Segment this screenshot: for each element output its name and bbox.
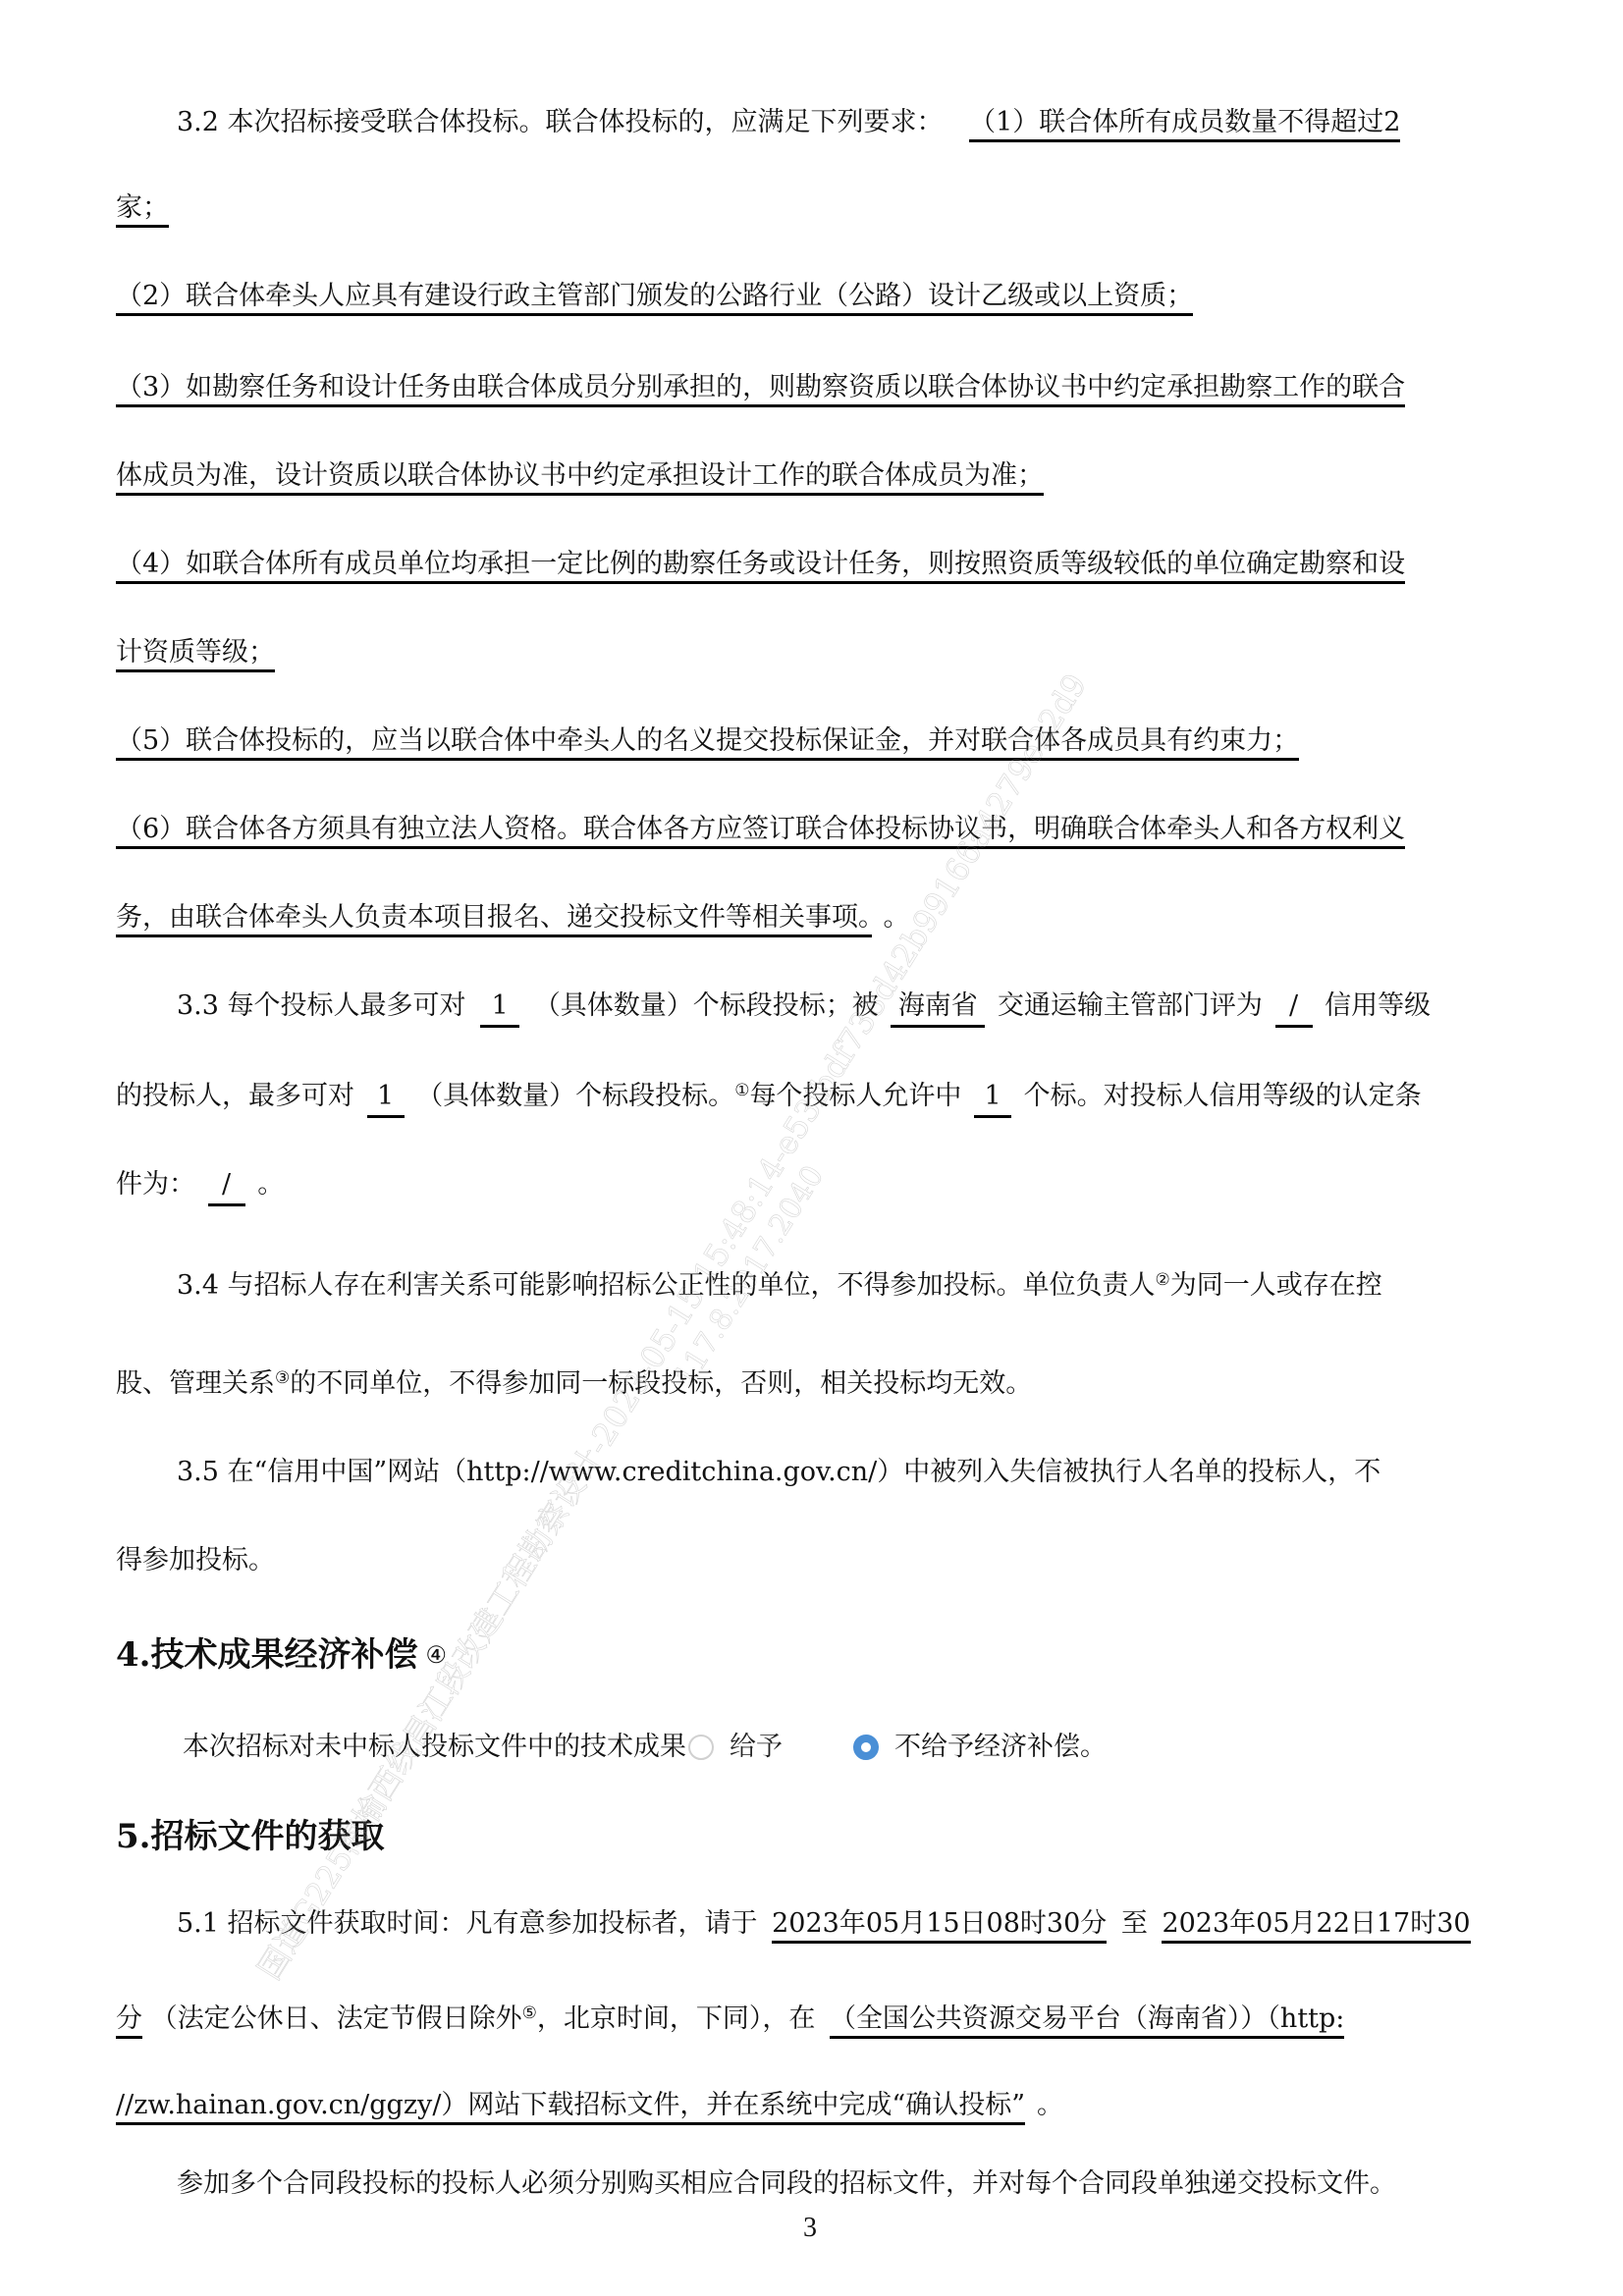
text: 得参加投标。 bbox=[116, 1545, 275, 1575]
section-3-2-intro: 3.2 本次招标接受联合体投标。联合体投标的，应满足下列要求： bbox=[177, 107, 944, 137]
section-5-paragraph-2: 参加多个合同段投标的投标人必须分别购买相应合同段的招标文件，并对每个合同段单独递… bbox=[177, 2167, 1396, 2201]
max-sections-credit-field: 1 bbox=[367, 1080, 405, 1118]
section-5-1-line-2: 分 （法定公休日、法定节假日除外⑤，北京时间，下同），在 （全国公共资源交易平台… bbox=[116, 2002, 1344, 2036]
max-sections-field: 1 bbox=[480, 989, 519, 1028]
section-5-1-line-3: //zw.hainan.gov.cn/ggzy/）网站下载招标文件，并在系统中完… bbox=[116, 2089, 1063, 2122]
end-time-field: 2023年05月22日17时30 bbox=[1162, 1908, 1470, 1944]
footnote-ref-1[interactable]: ① bbox=[734, 1081, 749, 1100]
requirement-1: （1）联合体所有成员数量不得超过2 bbox=[969, 107, 1400, 142]
section-5-1-line-1: 5.1 招标文件获取时间：凡有意参加投标者，请于 2023年05月15日08时3… bbox=[177, 1907, 1471, 1941]
requirement-4: （4）如联合体所有成员单位均承担一定比例的勘察任务或设计任务，则按照资质等级较低… bbox=[116, 549, 1405, 584]
requirement-5: （5）联合体投标的，应当以联合体中牵头人的名义提交投标保证金，并对联合体各成员具… bbox=[116, 725, 1299, 761]
section-3-5-line-2: 得参加投标。 bbox=[116, 1544, 275, 1577]
requirement-4-cont: 计资质等级； bbox=[116, 637, 275, 672]
page-number: 3 bbox=[803, 2213, 817, 2244]
text: 。 bbox=[257, 1169, 284, 1200]
text: 的投标人，最多可对 bbox=[116, 1081, 354, 1111]
text: 件为： bbox=[116, 1169, 195, 1200]
section-3-4-line-1: 3.4 与招标人存在利害关系可能影响招标公正性的单位，不得参加投标。单位负责人②… bbox=[177, 1269, 1382, 1303]
province-field: 海南省 bbox=[891, 989, 985, 1028]
requirement-6: （6）联合体各方须具有独立法人资格。联合体各方应签订联合体投标协议书，明确联合体… bbox=[116, 814, 1405, 849]
text: 3.3 每个投标人最多可对 bbox=[177, 990, 466, 1021]
text: 参加多个合同段投标的投标人必须分别购买相应合同段的招标文件，并对每个合同段单独递… bbox=[177, 2168, 1396, 2199]
credit-criteria-field: / bbox=[208, 1168, 245, 1206]
text: ，北京时间，下同），在 bbox=[537, 2003, 816, 2034]
text: （具体数量）个标段投标。 bbox=[416, 1081, 734, 1111]
text: 至 bbox=[1121, 1908, 1148, 1939]
section-3-3-line-3: 件为： / 。 bbox=[116, 1168, 284, 1206]
start-time-field: 2023年05月15日08时30分 bbox=[772, 1908, 1107, 1944]
end-time-field-cont: 分 bbox=[116, 2003, 142, 2039]
radio-give-label[interactable]: 给予 bbox=[730, 1731, 783, 1764]
section-3-2-line-9: （6）联合体各方须具有独立法人资格。联合体各方应签订联合体投标协议书，明确联合体… bbox=[116, 813, 1405, 846]
section-3-2-line-10: 务，由联合体牵头人负责本项目报名、递交投标文件等相关事项。。 bbox=[116, 901, 910, 934]
section-3-2-line-2: 家； bbox=[116, 191, 169, 225]
heading-text: 4.技术成果经济补偿 bbox=[116, 1635, 418, 1675]
section-3-5-line-1: 3.5 在“信用中国”网站（http://www.creditchina.gov… bbox=[177, 1456, 1380, 1489]
section-3-3-line-1: 3.3 每个投标人最多可对 1 （具体数量）个标段投标；被 海南省 交通运输主管… bbox=[177, 989, 1431, 1028]
radio-no-compensation[interactable] bbox=[853, 1735, 879, 1760]
section-3-2-line-1: 3.2 本次招标接受联合体投标。联合体投标的，应满足下列要求： （1）联合体所有… bbox=[177, 106, 1400, 139]
footnote-ref-5[interactable]: ⑤ bbox=[522, 2003, 537, 2023]
section-3-4-line-2: 股、管理关系③的不同单位，不得参加同一标段投标，否则，相关投标均无效。 bbox=[116, 1367, 1032, 1401]
section-3-2-line-4: （3）如勘察任务和设计任务由联合体成员分别承担的，则勘察资质以联合体协议书中约定… bbox=[116, 371, 1405, 404]
radio-no-compensation-label[interactable]: 不给予经济补偿。 bbox=[894, 1731, 1107, 1764]
requirement-2: （2）联合体牵头人应具有建设行政主管部门颁发的公路行业（公路）设计乙级或以上资质… bbox=[116, 281, 1193, 316]
period: 。 bbox=[1037, 2090, 1063, 2120]
footnote-ref-2[interactable]: ② bbox=[1156, 1270, 1170, 1290]
section-3-3-line-2: 的投标人，最多可对 1 （具体数量）个标段投标。①每个投标人允许中 1 个标。对… bbox=[116, 1080, 1422, 1118]
footnote-ref-3[interactable]: ③ bbox=[275, 1368, 290, 1388]
text: 信用等级 bbox=[1325, 990, 1431, 1021]
section-3-2-line-7: 计资质等级； bbox=[116, 636, 275, 669]
platform-field-cont: //zw.hainan.gov.cn/ggzy/）网站下载招标文件，并在系统中完… bbox=[116, 2090, 1025, 2125]
text: （具体数量）个标段投标；被 bbox=[534, 990, 879, 1021]
text: 3.5 在“信用中国”网站（http://www.creditchina.gov… bbox=[177, 1457, 1380, 1487]
section-3-2-line-5: 体成员为准，设计资质以联合体协议书中约定承担设计工作的联合体成员为准； bbox=[116, 459, 1044, 493]
watermark-line-1: 国道G225海榆西线昌江段改建工程勘察设计-2023-05-15 15:48:1… bbox=[245, 665, 1096, 1988]
radio-give-compensation[interactable] bbox=[688, 1735, 714, 1760]
section-4-heading: 4.技术成果经济补偿④ bbox=[116, 1634, 447, 1676]
requirement-3: （3）如勘察任务和设计任务由联合体成员分别承担的，则勘察资质以联合体协议书中约定… bbox=[116, 372, 1405, 407]
platform-field: （全国公共资源交易平台（海南省））（http: bbox=[830, 2003, 1344, 2039]
section-3-2-line-6: （4）如联合体所有成员单位均承担一定比例的勘察任务或设计任务，则按照资质等级较低… bbox=[116, 548, 1405, 581]
section-3-2-line-3: （2）联合体牵头人应具有建设行政主管部门颁发的公路行业（公路）设计乙级或以上资质… bbox=[116, 280, 1193, 313]
credit-level-field: / bbox=[1275, 989, 1313, 1028]
text: 个标。对投标人信用等级的认定条 bbox=[1024, 1081, 1422, 1111]
requirement-6-cont: 务，由联合体牵头人负责本项目报名、递交投标文件等相关事项。 bbox=[116, 902, 872, 937]
text: （法定公休日、法定节假日除外 bbox=[151, 2003, 522, 2034]
text: 股、管理关系 bbox=[116, 1368, 275, 1399]
text: 为同一人或存在控 bbox=[1170, 1270, 1382, 1301]
compensation-radio-group: 本次招标对未中标人投标文件中的技术成果 给予 不给予经济补偿。 bbox=[183, 1731, 1175, 1764]
requirement-3-cont: 体成员为准，设计资质以联合体协议书中约定承担设计工作的联合体成员为准； bbox=[116, 460, 1044, 496]
section-3-2-line-8: （5）联合体投标的，应当以联合体中牵头人的名义提交投标保证金，并对联合体各成员具… bbox=[116, 724, 1299, 758]
text: 交通运输主管部门评为 bbox=[998, 990, 1263, 1021]
max-wins-field: 1 bbox=[974, 1080, 1011, 1118]
requirement-1-cont: 家； bbox=[116, 192, 169, 228]
